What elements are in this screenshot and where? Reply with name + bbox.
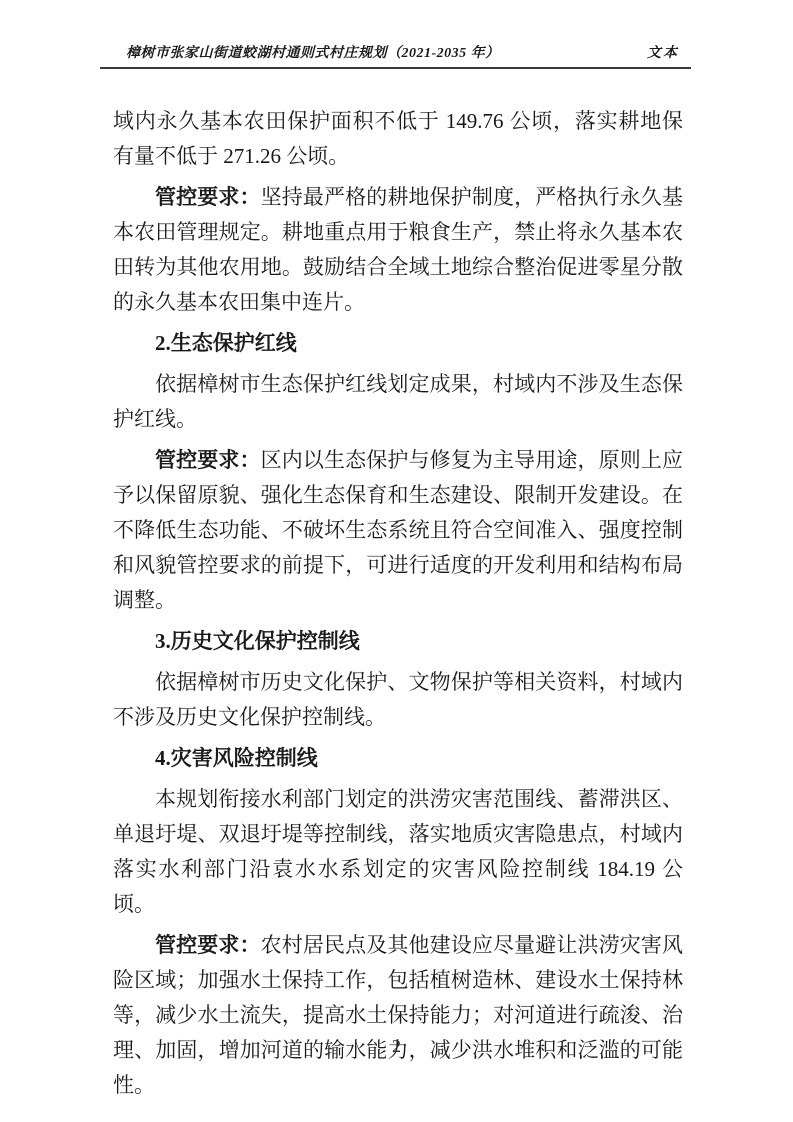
heading-disaster-risk-line: 4.灾害风险控制线 — [113, 741, 683, 776]
header-doc-label: 文本 — [647, 42, 691, 62]
document-body: 域内永久基本农田保护面积不低于 149.76 公顷，落实耕地保有量不低于 271… — [113, 104, 683, 1109]
control-requirements-label: 管控要求： — [155, 933, 261, 957]
paragraph-ecological-control: 管控要求：区内以生态保护与修复为主导用途，原则上应予以保留原貌、强化生态保育和生… — [113, 443, 683, 618]
page-header: 樟树市张家山街道蛟湖村通则式村庄规划（2021-2035 年） 文本 — [100, 42, 691, 69]
document-page: 樟树市张家山街道蛟湖村通则式村庄规划（2021-2035 年） 文本 域内永久基… — [0, 0, 793, 1122]
page-number: 2 — [392, 1036, 401, 1056]
header-title: 樟树市张家山街道蛟湖村通则式村庄规划（2021-2035 年） — [100, 42, 500, 62]
page-footer: 2 — [0, 1036, 793, 1057]
paragraph-ecological-redline: 依据樟树市生态保护红线划定成果，村域内不涉及生态保护红线。 — [113, 367, 683, 437]
paragraph-disaster-control: 管控要求：农村居民点及其他建设应尽量避让洪涝灾害风险区域；加强水土保持工作，包括… — [113, 928, 683, 1103]
control-requirements-label: 管控要求： — [155, 448, 261, 472]
paragraph-ecological-control-text: 区内以生态保护与修复为主导用途，原则上应予以保留原貌、强化生态保育和生态建设、限… — [113, 448, 683, 612]
paragraph-farmland-continued: 域内永久基本农田保护面积不低于 149.76 公顷，落实耕地保有量不低于 271… — [113, 104, 683, 174]
paragraph-historic-culture-line: 依据樟树市历史文化保护、文物保护等相关资料，村域内不涉及历史文化保护控制线。 — [113, 665, 683, 735]
control-requirements-label: 管控要求： — [155, 185, 261, 209]
heading-historic-culture-line: 3.历史文化保护控制线 — [113, 624, 683, 659]
heading-ecological-redline: 2.生态保护红线 — [113, 326, 683, 361]
paragraph-disaster-risk-line: 本规划衔接水利部门划定的洪涝灾害范围线、蓄滞洪区、单退圩堤、双退圩堤等控制线，落… — [113, 782, 683, 922]
paragraph-farmland-control: 管控要求：坚持最严格的耕地保护制度，严格执行永久基本农田管理规定。耕地重点用于粮… — [113, 180, 683, 320]
paragraph-disaster-control-text: 农村居民点及其他建设应尽量避让洪涝灾害风险区域；加强水土保持工作，包括植树造林、… — [113, 933, 683, 1097]
